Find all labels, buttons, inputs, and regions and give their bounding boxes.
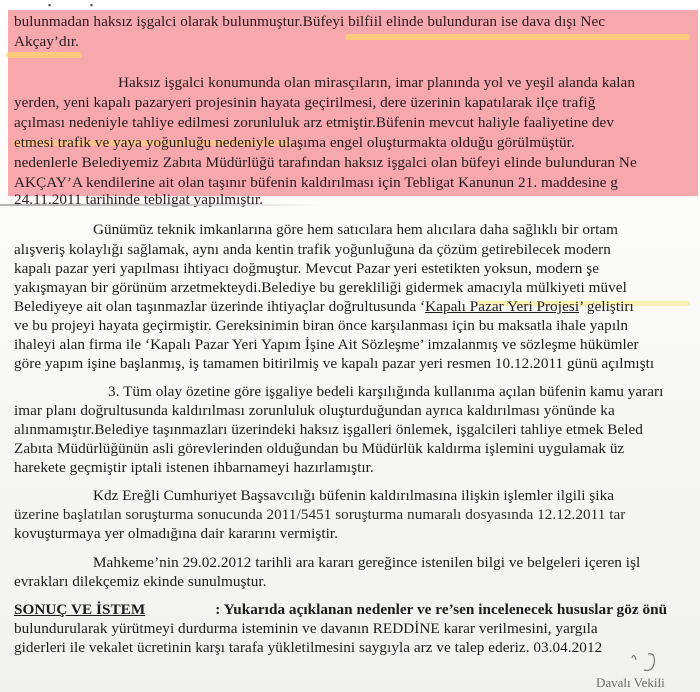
text-line: üzerine başlatılan soruşturma sonucunda … — [14, 505, 625, 525]
text-line: evrakları dilekçemiz ekinde sunulmuştur. — [14, 572, 267, 592]
text-line: giderleri ile vekalet ücretinin karşı ta… — [14, 638, 602, 658]
text-line: imar planı doğrultusunda kaldırılması zo… — [14, 401, 615, 421]
text-line: bulundurularak yürütmeyi durdurma istemi… — [14, 619, 598, 639]
text-line: kapalı pazar yeri yapılması ihtiyacı doğ… — [14, 259, 599, 279]
scan-separator-line — [0, 204, 320, 206]
marker-highlight — [345, 34, 690, 40]
text-line: harekete geçmiştir iptali istenen ihbarn… — [14, 458, 374, 478]
text-line: Belediyeye ait olan taşınmazlar üzerinde… — [14, 297, 634, 317]
text-segment: ’ geliştirı — [579, 298, 634, 315]
text-line: 3. Tüm olay özetine göre işgaliye bedeli… — [108, 382, 663, 402]
text-line: nedenlerle Belediyemiz Zabıta Müdürlüğü … — [14, 153, 637, 173]
text-segment: Belediyeye ait olan taşınmazlar üzerinde… — [14, 298, 425, 315]
text-line: alışveriş kolaylığı sağlamak, aynı anda … — [14, 240, 611, 260]
scanned-document-page: ▪ ▪ bulunmadan haksız işgalci olarak bul… — [0, 0, 700, 692]
text-line: yerden, yeni kapalı pazaryeri projesinin… — [14, 93, 595, 113]
text-line: 24.11.2011 tarihinde tebligat yapılmıştı… — [14, 190, 263, 210]
text-line: kovuşturmaya yer olmadığına dair kararın… — [14, 524, 338, 544]
text-line: Mahkeme’nin 29.02.2012 tarihli ara karar… — [93, 553, 640, 573]
text-line: açılması nedeniyle tahliye edilmesi zoru… — [14, 113, 614, 133]
text-line: alınmamıştır.Belediye taşınmazları üzeri… — [14, 420, 643, 440]
text-line: bulunmadan haksız işgalci olarak bulunmu… — [14, 12, 605, 32]
text-line: Zabıta Müdürlüğünün asli görevlerinden o… — [14, 439, 624, 459]
marker-highlight — [6, 52, 82, 58]
scan-speck: ▪ — [90, 0, 93, 10]
text-line: yakışmayan bir görünüm arzetmekteydi.Bel… — [14, 278, 627, 298]
text-line: Haksız işgalci konumunda olan mirasçılar… — [118, 73, 635, 93]
text-line: Günümüz teknik imkanlarına göre hem satı… — [93, 220, 618, 240]
text-line: Akçay’dır. — [14, 32, 79, 52]
text-line: SONUÇ VE İSTEM: Yukarıda açıklanan neden… — [14, 600, 667, 620]
text-line: ihaleyi alan firma ile ‘Kapalı Pazar Yer… — [14, 335, 639, 355]
text-line: Kdz Ereğli Cumhuriyet Başsavcılığı büfen… — [93, 486, 614, 506]
text-line: ve bu projeyi hayata geçirmiştir. Gereks… — [14, 316, 628, 336]
signature-label: Davalı Vekili — [596, 675, 665, 691]
scan-speck: ▪ — [48, 0, 51, 10]
text-line: göre yapım işine başlanmış, iş tamamen b… — [14, 354, 654, 374]
project-name-underlined: Kapalı Pazar Yeri Projesi — [425, 298, 579, 315]
conclusion-heading: SONUÇ VE İSTEM — [14, 601, 215, 618]
text-line: etmesi trafik ve yaya yoğunluğu nedeniyl… — [14, 133, 575, 153]
text-segment: : Yukarıda açıklanan nedenler ve re’sen … — [215, 601, 667, 618]
